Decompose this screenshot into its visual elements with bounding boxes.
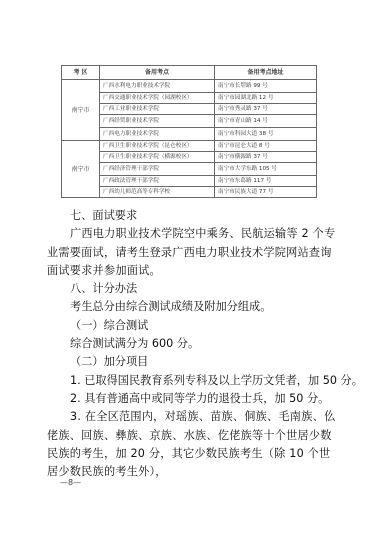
table-row: 广西工业职业技术学院 南宁市秀灵路 37 号 [62, 104, 317, 115]
table-row: 广西经济管理干部学院 南宁市大学东路 105 号 [62, 163, 317, 176]
section-heading-interview: 七、面试要求 [47, 207, 337, 225]
school-cell: 广西卫生职业技术学院（昆仑校区） [100, 141, 215, 152]
address-cell: 南宁市东葛路 117 号 [215, 176, 317, 187]
table-row: 广西电力职业技术学院 南宁市科园大道 38 号 [62, 128, 317, 141]
table-header-row: 考 区 备用考点 备用考点地址 [62, 66, 317, 80]
school-cell: 广西电力职业技术学院 [100, 128, 215, 141]
exam-site-table: 考 区 备用考点 备用考点地址 南宁市 广西水利电力职业技术学院 南宁市长堽路 … [61, 65, 317, 198]
address-cell: 南宁市昆仑大道 8 号 [215, 141, 317, 152]
school-cell: 广西工业职业技术学院 [100, 104, 215, 115]
table-row: 广西卫生职业技术学院（横源校区） 南宁市横源路 37 号 [62, 152, 317, 163]
table-row: 广西经贸职业技术学院 南宁市青山路 14 号 [62, 115, 317, 128]
area-cell: 南宁市 [62, 80, 100, 141]
area-cell: 南宁市 [62, 141, 100, 198]
address-cell: 南宁市园湖北路 12 号 [215, 93, 317, 104]
school-cell: 广西经济管理干部学院 [100, 163, 215, 176]
table-row: 南宁市 广西卫生职业技术学院（昆仑校区） 南宁市昆仑大道 8 号 [62, 141, 317, 152]
school-cell: 广西幼儿师范高等专科学校 [100, 187, 215, 198]
address-cell: 南宁市大学东路 105 号 [215, 163, 317, 176]
address-cell: 南宁市民族大道 77 号 [215, 187, 317, 198]
address-cell: 南宁市科园大道 38 号 [215, 128, 317, 141]
table-row: 广西幼儿师范高等专科学校 南宁市民族大道 77 号 [62, 187, 317, 198]
paragraph-interview: 广西电力职业技术学院空中乘务、民航运输等 2 个专业需要面试，请考生登录广西电力… [47, 225, 337, 280]
document-body: 七、面试要求 广西电力职业技术学院空中乘务、民航运输等 2 个专业需要面试，请考… [47, 207, 337, 481]
address-cell: 南宁市长堽路 99 号 [215, 80, 317, 93]
school-cell: 广西政法管理干部学院 [100, 176, 215, 187]
header-area: 考 区 [62, 66, 100, 80]
school-cell: 广西卫生职业技术学院（横源校区） [100, 152, 215, 163]
paragraph-full-score: 综合测试满分为 600 分。 [47, 335, 337, 353]
school-cell: 广西交通职业技术学院（园湖校区） [100, 93, 215, 104]
section-heading-scoring: 八、计分办法 [47, 280, 337, 298]
bonus-item-3: 3. 在全区范围内，对瑶族、苗族、侗族、毛南族、仫佬族、回族、彝族、京族、水族、… [47, 408, 337, 481]
address-cell: 南宁市横源路 37 号 [215, 152, 317, 163]
bonus-item-1: 1. 已取得国民教育系列专科及以上学历文凭者，加 50 分。 [47, 372, 337, 390]
subheading-comprehensive-test: （一）综合测试 [47, 317, 337, 335]
table-row: 广西交通职业技术学院（园湖校区） 南宁市园湖北路 12 号 [62, 93, 317, 104]
address-cell: 南宁市青山路 14 号 [215, 115, 317, 128]
header-backup-address: 备用考点地址 [215, 66, 317, 80]
header-backup-site: 备用考点 [100, 66, 215, 80]
table-row: 广西政法管理干部学院 南宁市东葛路 117 号 [62, 176, 317, 187]
bonus-item-2: 2. 具有普通高中或同等学力的退役士兵，加 50 分。 [47, 390, 337, 408]
school-cell: 广西水利电力职业技术学院 [100, 80, 215, 93]
subheading-bonus-items: （二）加分项目 [47, 353, 337, 371]
paragraph-total-score: 考生总分由综合测试成绩及附加分组成。 [47, 298, 337, 316]
school-cell: 广西经贸职业技术学院 [100, 115, 215, 128]
address-cell: 南宁市秀灵路 37 号 [215, 104, 317, 115]
table-row: 南宁市 广西水利电力职业技术学院 南宁市长堽路 99 号 [62, 80, 317, 93]
page-number: —8— [60, 478, 81, 487]
